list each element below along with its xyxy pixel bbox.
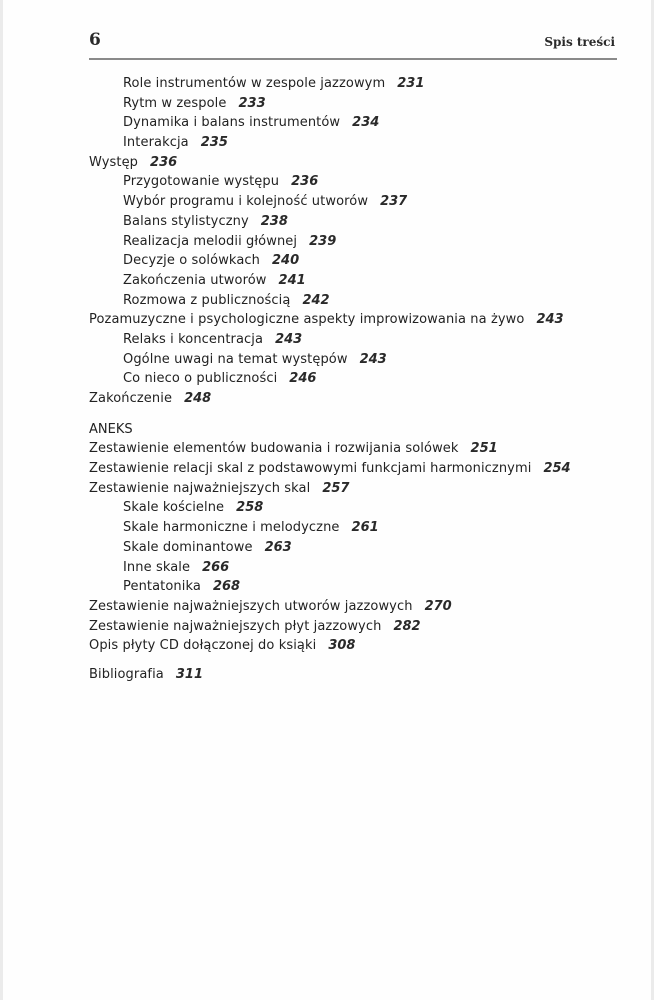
toc-entry-page: 251 [471,441,498,456]
toc-entry-page: 243 [275,332,302,347]
toc-entry[interactable]: Zestawienie relacji skal z podstawowymi … [89,459,629,479]
toc-entry-page: 238 [261,214,288,229]
toc-entry[interactable]: Co nieco o publiczności246 [89,369,629,389]
toc-entry-page: 263 [265,540,292,555]
toc-entry-title: Ogólne uwagi na temat występów [123,352,348,367]
toc-entry-page: 239 [309,234,336,249]
toc-entry-title: Pozamuzyczne i psychologiczne aspekty im… [89,312,524,327]
toc-entry-page: 254 [543,461,570,476]
toc-entry-page: 246 [289,371,316,386]
toc-entry[interactable]: Skale kościelne258 [89,498,629,518]
toc-entry-page: 311 [176,667,203,682]
toc-entry-title: Dynamika i balans instrumentów [123,115,340,130]
toc-entry[interactable]: Wybór programu i kolejność utworów237 [89,192,629,212]
toc-entry-title: Zakończenia utworów [123,273,267,288]
toc-entry[interactable]: Przygotowanie występu236 [89,172,629,192]
toc-entry-title: Co nieco o publiczności [123,371,277,386]
toc-entry-page: 268 [213,579,240,594]
toc-entry-page: 231 [397,76,424,91]
toc-entry[interactable]: Decyzje o solówkach240 [89,251,629,271]
toc-entry[interactable]: Dynamika i balans instrumentów234 [89,113,629,133]
toc-entry[interactable]: Zestawienie najważniejszych płyt jazzowy… [89,617,629,637]
toc-entry-bibliography[interactable]: Bibliografia311 [89,665,629,685]
toc-entry[interactable]: Balans stylistyczny238 [89,212,629,232]
toc-entry-title: Balans stylistyczny [123,214,249,229]
toc-entry-page: 261 [352,520,379,535]
toc-entry-title: Zestawienie najważniejszych płyt jazzowy… [89,619,381,634]
toc-entry-title: Opis płyty CD dołączonej do ksiąki [89,638,316,653]
toc-entry[interactable]: Ogólne uwagi na temat występów243 [89,350,629,370]
toc-entry-page: 236 [150,155,177,170]
toc-entry-title: Decyzje o solówkach [123,253,260,268]
toc-entry-title: Zestawienie elementów budowania i rozwij… [89,441,459,456]
table-of-contents: Role instrumentów w zespole jazzowym231R… [89,74,629,685]
toc-entry-page: 266 [202,560,229,575]
toc-entry-title: Interakcja [123,135,189,150]
toc-entry[interactable]: Zakończenia utworów241 [89,271,629,291]
toc-entry-title: Role instrumentów w zespole jazzowym [123,76,385,91]
toc-main-section: Role instrumentów w zespole jazzowym231R… [89,74,629,409]
toc-entry[interactable]: Skale harmoniczne i melodyczne261 [89,518,629,538]
toc-entry-title: Skale dominantowe [123,540,253,555]
toc-entry-page: 257 [322,481,349,496]
toc-entry[interactable]: Zestawienie najważniejszych utworów jazz… [89,597,629,617]
header-rule [89,58,617,60]
toc-entry-title: Realizacja melodii głównej [123,234,297,249]
toc-entry-page: 308 [328,638,355,653]
toc-entry-page: 270 [425,599,452,614]
section-gap [89,656,629,665]
toc-entry-page: 233 [238,96,265,111]
toc-entry-page: 248 [184,391,211,406]
toc-entry-page: 235 [201,135,228,150]
toc-entry-title: Pentatonika [123,579,201,594]
toc-entry[interactable]: Występ236 [89,153,629,173]
toc-entry-title: Wybór programu i kolejność utworów [123,194,368,209]
toc-entry[interactable]: Skale dominantowe263 [89,538,629,558]
toc-entry-page: 243 [536,312,563,327]
toc-entry-title: Skale harmoniczne i melodyczne [123,520,340,535]
toc-entry[interactable]: Role instrumentów w zespole jazzowym231 [89,74,629,94]
toc-entry[interactable]: Pozamuzyczne i psychologiczne aspekty im… [89,310,629,330]
toc-entry[interactable]: Pentatonika268 [89,577,629,597]
toc-entry-page: 258 [236,500,263,515]
running-title: Spis treści [544,35,615,49]
toc-entry-title: Występ [89,155,138,170]
toc-entry-page: 242 [302,293,329,308]
section-gap [89,409,629,420]
toc-entry-title: Skale kościelne [123,500,224,515]
toc-entry-title: Zakończenie [89,391,172,406]
toc-entry-title: Inne skale [123,560,190,575]
toc-entry-page: 236 [291,174,318,189]
toc-entry-title: Zestawienie najważniejszych skal [89,481,310,496]
toc-entry-page: 234 [352,115,379,130]
toc-entry-page: 282 [393,619,420,634]
toc-entry-page: 241 [279,273,306,288]
toc-entry-title: Bibliografia [89,667,164,682]
toc-entry-title: Rytm w zespole [123,96,226,111]
toc-entry-title: Relaks i koncentracja [123,332,263,347]
annex-heading: ANEKS [89,420,629,440]
toc-entry[interactable]: Rytm w zespole233 [89,94,629,114]
book-page: 6 Spis treści Role instrumentów w zespol… [0,0,654,1000]
toc-entry-page: 237 [380,194,407,209]
page-edge-left [0,0,3,1000]
toc-entry[interactable]: Opis płyty CD dołączonej do ksiąki308 [89,636,629,656]
toc-entry[interactable]: Rozmowa z publicznością242 [89,291,629,311]
page-header: 6 Spis treści [89,30,617,58]
toc-entry[interactable]: Inne skale266 [89,558,629,578]
page-number: 6 [89,30,101,50]
toc-entry[interactable]: Zakończenie248 [89,389,629,409]
toc-entry-page: 243 [360,352,387,367]
toc-entry[interactable]: Zestawienie najważniejszych skal257 [89,479,629,499]
toc-entry-title: Zestawienie najważniejszych utworów jazz… [89,599,413,614]
toc-entry-page: 240 [272,253,299,268]
toc-annex-section: Zestawienie elementów budowania i rozwij… [89,439,629,656]
toc-entry[interactable]: Interakcja235 [89,133,629,153]
toc-entry-title: Zestawienie relacji skal z podstawowymi … [89,461,531,476]
toc-entry-title: Przygotowanie występu [123,174,279,189]
toc-entry[interactable]: Relaks i koncentracja243 [89,330,629,350]
toc-entry-title: Rozmowa z publicznością [123,293,290,308]
toc-entry[interactable]: Zestawienie elementów budowania i rozwij… [89,439,629,459]
toc-entry[interactable]: Realizacja melodii głównej239 [89,232,629,252]
